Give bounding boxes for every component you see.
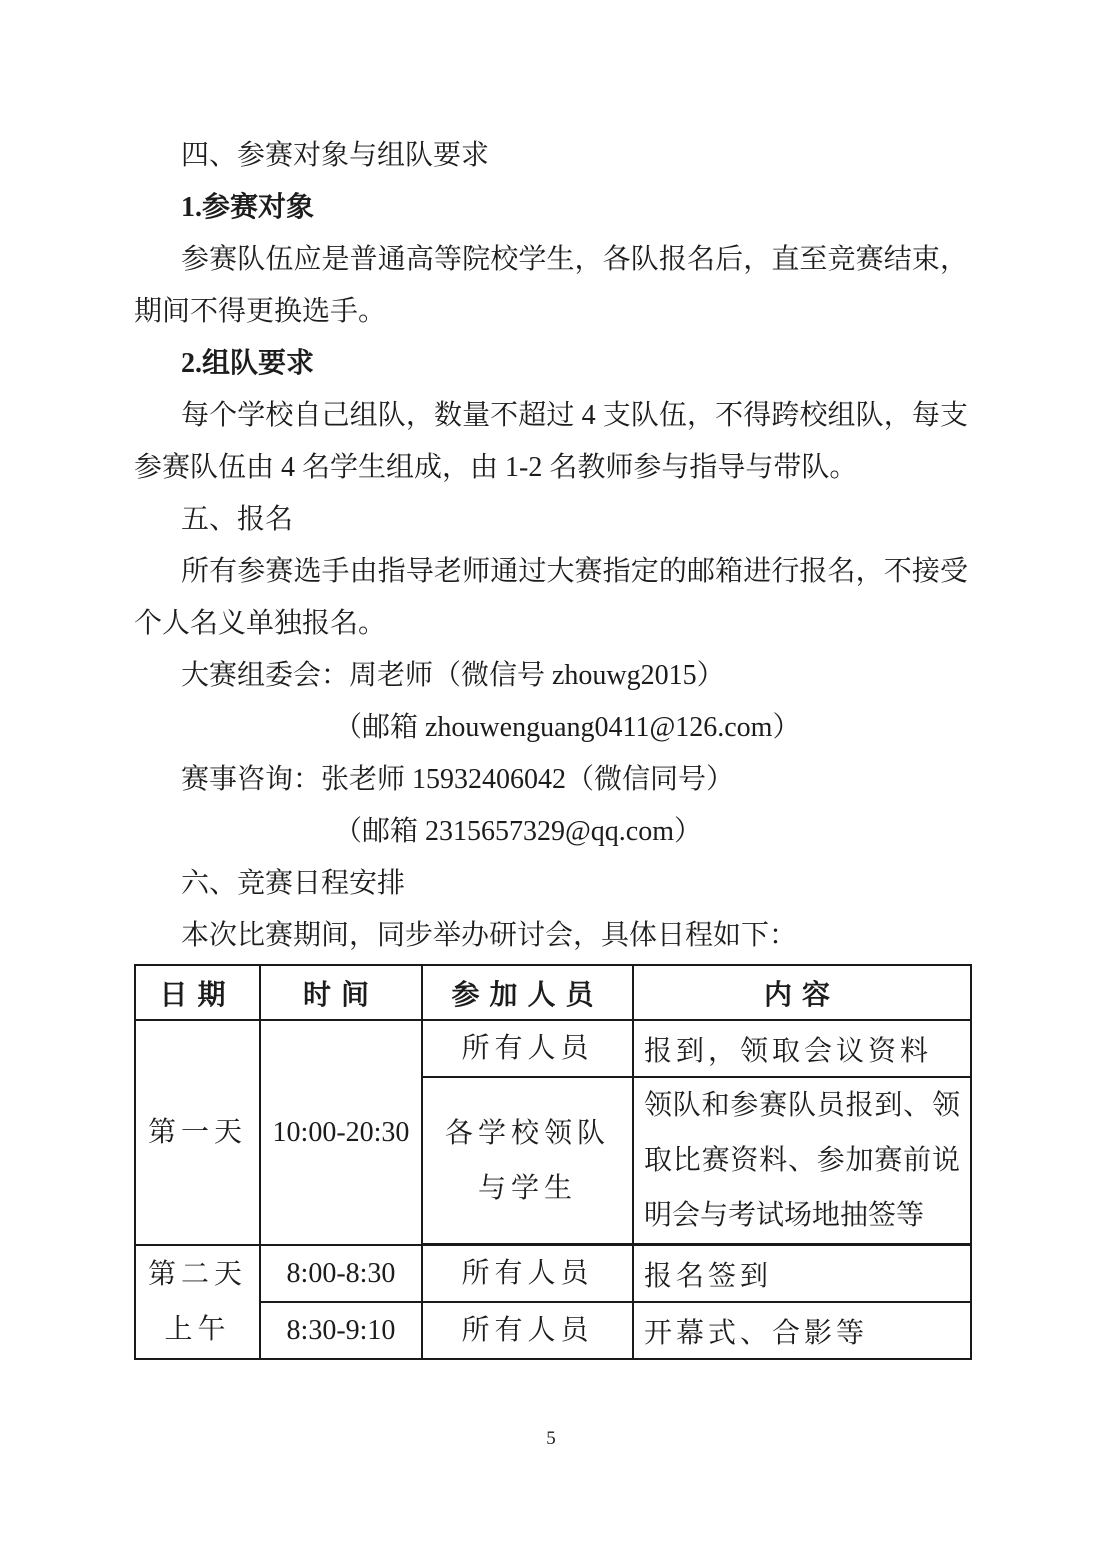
contact-consultation: 赛事咨询：张老师 15932406042（微信同号） <box>134 754 968 806</box>
paragraph-schedule-intro: 本次比赛期间，同步举办研讨会，具体日程如下： <box>134 910 968 962</box>
paragraph-team-rules: 每个学校自己组队，数量不超过 4 支队伍，不得跨校组队，每支参赛队伍由 4 名学… <box>134 390 968 494</box>
contact-committee-email: （邮箱 zhouwenguang0411@126.com） <box>134 702 968 754</box>
page-number: 5 <box>134 1426 968 1452</box>
column-header-time: 时间 <box>260 965 422 1020</box>
section-heading-six: 六、竞赛日程安排 <box>134 858 968 910</box>
cell-day2-row2-participants: 所有人员 <box>422 1302 633 1359</box>
section-heading-five: 五、报名 <box>134 494 968 546</box>
cell-day1-row2-participants: 各学校领队与学生 <box>422 1077 633 1245</box>
schedule-header-row: 日期 时间 参加人员 内容 <box>135 965 971 1020</box>
contact-committee: 大赛组委会：周老师（微信号 zhouwg2015） <box>134 650 968 702</box>
section-heading-four: 四、参赛对象与组队要求 <box>134 130 968 182</box>
cell-day2-row1-participants: 所有人员 <box>422 1245 633 1303</box>
document-content: 四、参赛对象与组队要求 1.参赛对象 参赛队伍应是普通高等院校学生，各队报名后，… <box>0 0 1102 1452</box>
cell-day1-time: 10:00-20:30 <box>260 1020 422 1245</box>
document-page: 四、参赛对象与组队要求 1.参赛对象 参赛队伍应是普通高等院校学生，各队报名后，… <box>0 0 1102 1559</box>
paragraph-eligibility: 参赛队伍应是普通高等院校学生，各队报名后，直至竞赛结束，期间不得更换选手。 <box>134 234 968 338</box>
cell-day2-row2-content: 开幕式、合影等 <box>633 1302 971 1359</box>
schedule-table: 日期 时间 参加人员 内容 第一天 10:00-20:30 所有人员 报到，领取… <box>134 964 972 1360</box>
paragraph-registration: 所有参赛选手由指导老师通过大赛指定的邮箱进行报名，不接受个人名义单独报名。 <box>134 546 968 650</box>
cell-day2-row2-time: 8:30-9:10 <box>260 1302 422 1359</box>
schedule-row-day1-checkin: 第一天 10:00-20:30 所有人员 报到，领取会议资料 <box>135 1020 971 1077</box>
cell-day1-row1-content: 报到，领取会议资料 <box>633 1020 971 1077</box>
cell-day1-row1-participants: 所有人员 <box>422 1020 633 1077</box>
cell-day1-date: 第一天 <box>135 1020 260 1245</box>
schedule-row-day2-signin: 第二天 上午 8:00-8:30 所有人员 报名签到 <box>135 1245 971 1303</box>
cell-day2-row1-content: 报名签到 <box>633 1245 971 1303</box>
day2-date-line1: 第二天 <box>146 1247 249 1302</box>
day2-date-line2: 上午 <box>146 1302 249 1357</box>
subheading-team-requirements: 2.组队要求 <box>134 338 968 390</box>
cell-day2-date: 第二天 上午 <box>135 1245 260 1360</box>
cell-day2-row1-time: 8:00-8:30 <box>260 1245 422 1303</box>
column-header-content: 内容 <box>633 965 971 1020</box>
cell-day1-row2-content: 领队和参赛队员报到、领取比赛资料、参加赛前说明会与考试场地抽签等 <box>633 1077 971 1245</box>
column-header-date: 日期 <box>135 965 260 1020</box>
schedule-row-day2-opening: 8:30-9:10 所有人员 开幕式、合影等 <box>135 1302 971 1359</box>
subheading-participants: 1.参赛对象 <box>134 182 968 234</box>
column-header-participants: 参加人员 <box>422 965 633 1020</box>
contact-consultation-email: （邮箱 2315657329@qq.com） <box>134 806 968 858</box>
